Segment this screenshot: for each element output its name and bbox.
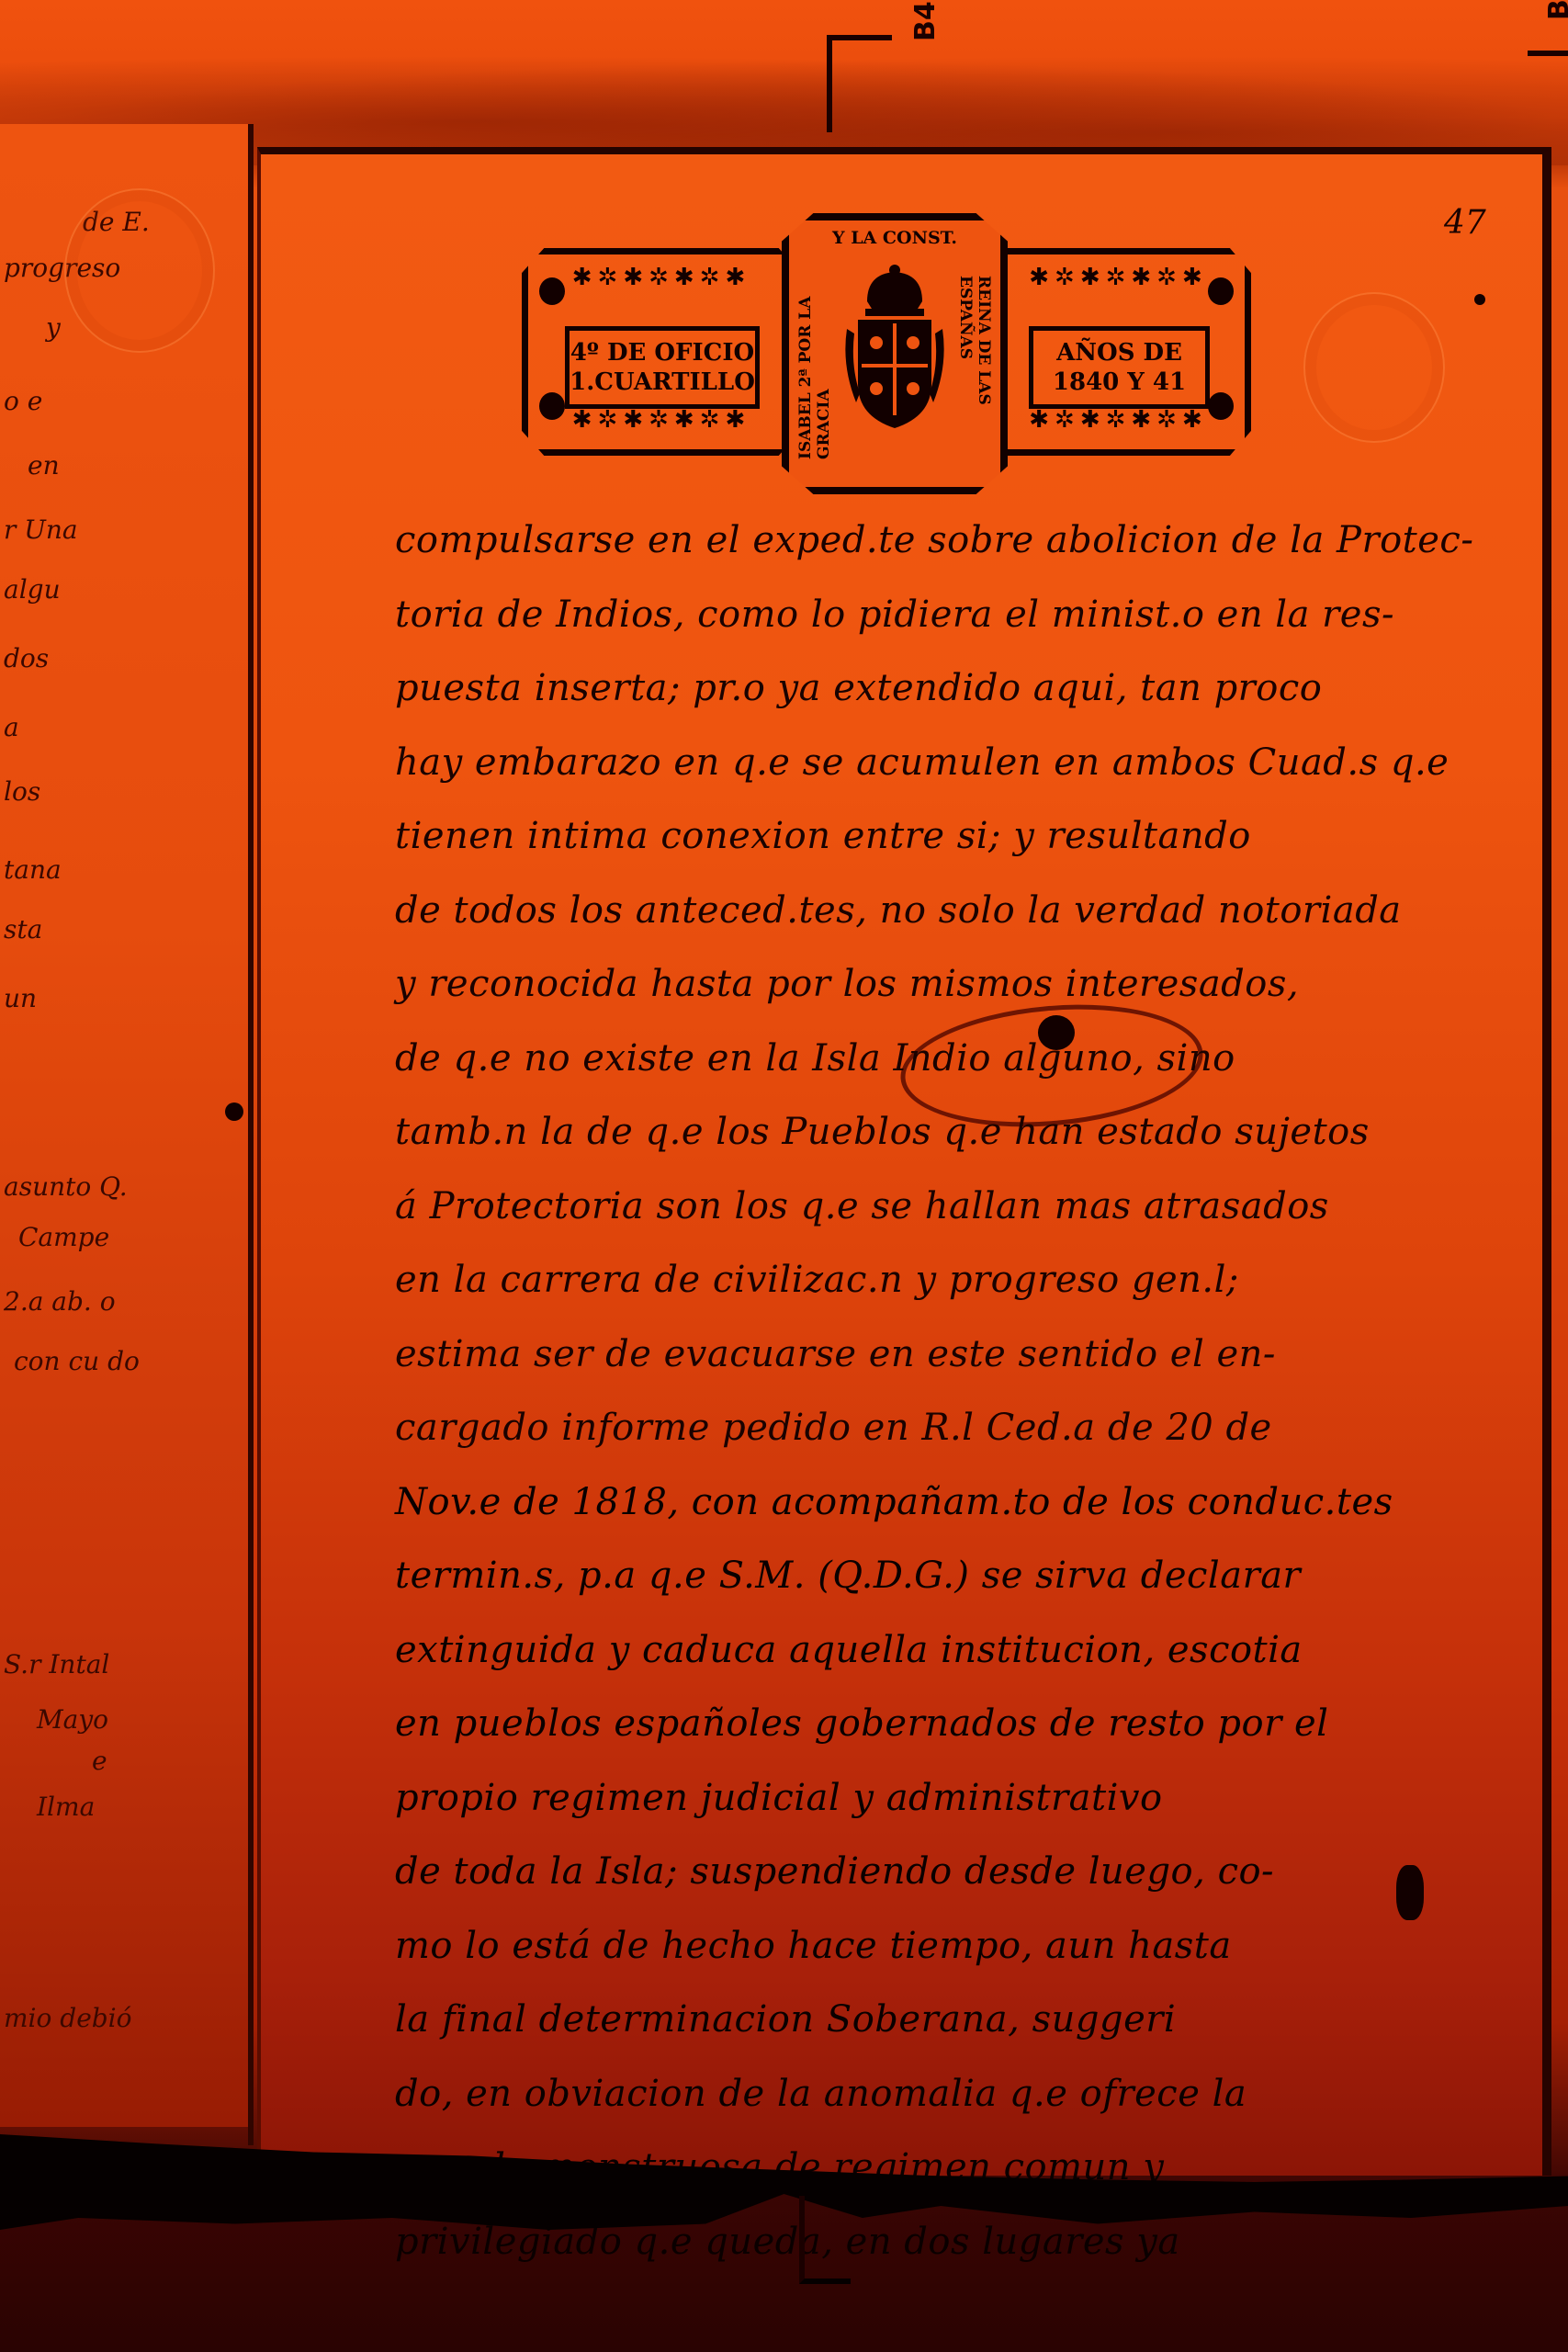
stamp-flower-row: ✱✲✱✲✱✲✱ <box>565 406 758 437</box>
registration-mark-bottom <box>799 2196 851 2284</box>
left-page: de E. progreso y o e en r Una algu dos a… <box>0 124 254 2127</box>
manuscript-line: cargado informe pedido en R.l Ced.a de 2… <box>395 1391 1525 1465</box>
manuscript-line: la final determinacion Soberana, suggeri <box>395 1983 1525 2057</box>
left-fragment: un <box>4 983 37 1013</box>
stamp-left-panel: ✱✲✱✲✱✲✱ 4º DE OFICIO 1.CUARTILLO ✱✲✱✲✱✲✱ <box>522 248 801 456</box>
left-fragment: 2.a ab. o <box>4 1286 116 1317</box>
left-fragment: tana <box>4 854 62 885</box>
stamp-flower-row: ✱✲✱✲✱✲✱ <box>565 264 758 295</box>
ink-blot <box>225 1102 243 1121</box>
registration-tick-right <box>1528 51 1568 56</box>
manuscript-line: estima ser de evacuarse en este sentido … <box>395 1317 1525 1392</box>
registration-mark-top <box>827 35 892 132</box>
registration-label-top-right: B <box>1543 0 1568 20</box>
left-fragment: algu <box>4 574 61 605</box>
manuscript-line: Nov.e de 1818, con acompañam.to de los c… <box>395 1465 1525 1540</box>
left-fragment: sta <box>4 914 42 944</box>
left-fragment: Campe <box>18 1222 109 1252</box>
stamp-corner-dot <box>1208 277 1234 305</box>
manuscript-line: de toda la Isla; suspendiendo desde lueg… <box>395 1835 1525 1909</box>
left-fragment: r Una <box>4 514 78 545</box>
manuscript-line: toria de Indios, como lo pidiera el mini… <box>395 578 1525 652</box>
manuscript-line: á Protectoria son los q.e se hallan mas … <box>395 1170 1525 1244</box>
folio-number: 47 <box>1444 204 1486 242</box>
manuscript-line: en pueblos españoles gobernados de resto… <box>395 1687 1525 1761</box>
stamp-right-text: REINA DE LAS ESPAÑAS <box>956 276 993 459</box>
manuscript-line: tienen intima conexion entre si; y resul… <box>395 799 1525 874</box>
stamp-right-box: AÑOS DE 1840 Y 41 <box>1029 326 1210 409</box>
manuscript-line: termin.s, p.a q.e S.M. (Q.D.G.) se sirva… <box>395 1539 1525 1613</box>
manuscript-line: do, en obviacion de la anomalia q.e ofre… <box>395 2057 1525 2131</box>
manuscript-line: de q.e no existe en la Isla Indio alguno… <box>395 1022 1525 1096</box>
manuscript-line: mo lo está de hecho hace tiempo, aun has… <box>395 1909 1525 1984</box>
left-fragment: y <box>46 312 61 343</box>
manuscript-line: compulsarse en el exped.te sobre abolici… <box>395 503 1525 578</box>
stamp-left-box: 4º DE OFICIO 1.CUARTILLO <box>565 326 760 409</box>
manuscript-line: propio regimen judicial y administrativo <box>395 1761 1525 1836</box>
left-fragment: dos <box>4 643 49 673</box>
ink-blot <box>1474 294 1485 305</box>
manuscript-line: tamb.n la de q.e los Pueblos q.e han est… <box>395 1095 1525 1170</box>
manuscript-line: hay embarazo en q.e se acumulen en ambos… <box>395 726 1525 800</box>
manuscript-line: en la carrera de civilizac.n y progreso … <box>395 1243 1525 1317</box>
stamp-flower-row: ✱✲✱✲✱✲✱ <box>1029 264 1208 295</box>
stamp-flower-row: ✱✲✱✲✱✲✱ <box>1029 406 1208 437</box>
page-binding <box>248 124 254 2145</box>
official-stamp: ✱✲✱✲✱✲✱ 4º DE OFICIO 1.CUARTILLO ✱✲✱✲✱✲✱… <box>522 213 1238 480</box>
stamp-left-text: ISABEL 2ª POR LA GRACIA <box>796 276 833 459</box>
stamp-denomination: 4º DE OFICIO <box>570 338 754 367</box>
left-fragment: Mayo <box>37 1704 108 1735</box>
coat-of-arms-icon <box>840 265 950 439</box>
stamp-corner-dot <box>539 392 565 420</box>
left-fragment: e <box>92 1746 107 1776</box>
stamp-corner-dot <box>1208 392 1234 420</box>
stamp-years: 1840 Y 41 <box>1053 367 1186 397</box>
manuscript-body: compulsarse en el exped.te sobre abolici… <box>395 503 1525 2278</box>
embossed-seal-left <box>64 188 215 353</box>
left-fragment: mio debió <box>4 2003 132 2033</box>
manuscript-line: puesta inserta; pr.o ya extendido aqui, … <box>395 651 1525 726</box>
stamp-corner-dot <box>539 277 565 305</box>
registration-label-top: B4 <box>909 1 942 41</box>
manuscript-line: extinguida y caduca aquella institucion,… <box>395 1613 1525 1688</box>
left-fragment: los <box>4 776 40 807</box>
left-fragment: S.r Intal <box>4 1649 109 1679</box>
embossed-seal-right <box>1303 292 1445 443</box>
manuscript-line: de todos los anteced.tes, no solo la ver… <box>395 874 1525 948</box>
left-fragment: o e <box>4 386 42 416</box>
left-fragment: en <box>28 450 60 481</box>
left-fragment: Ilma <box>37 1792 95 1822</box>
stamp-years-label: AÑOS DE <box>1056 338 1182 367</box>
stamp-center-panel: Y LA CONST. ISABEL 2ª POR LA GRACIA REIN… <box>782 213 1008 494</box>
left-fragment: asunto Q. <box>4 1171 128 1202</box>
stamp-denomination-sub: 1.CUARTILLO <box>570 367 755 397</box>
stamp-right-panel: ✱✲✱✲✱✲✱ AÑOS DE 1840 Y 41 ✱✲✱✲✱✲✱ <box>986 248 1251 456</box>
left-fragment: con cu do <box>14 1346 140 1376</box>
manuscript-line: y reconocida hasta por los mismos intere… <box>395 947 1525 1022</box>
stamp-top-text: Y LA CONST. <box>789 228 1000 248</box>
left-fragment: a <box>4 712 19 742</box>
